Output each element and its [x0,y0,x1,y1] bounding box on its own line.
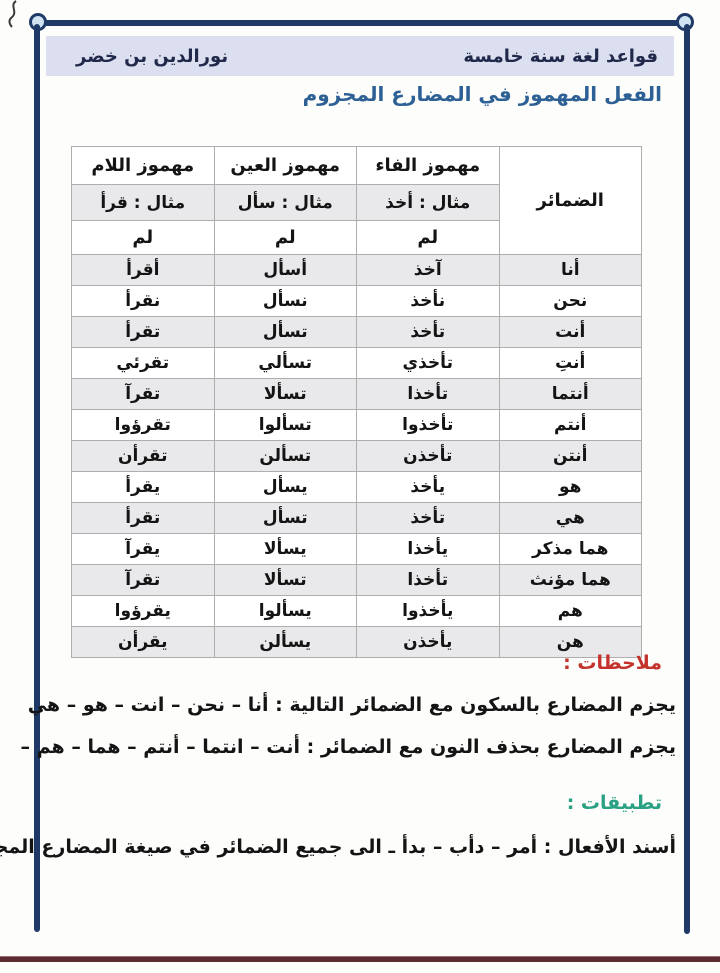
pronoun-cell: هم [499,596,642,627]
pronoun-cell: أنتِ [499,348,642,379]
ain-cell: تسألا [214,379,357,410]
notes-heading: ملاحظات : [563,652,662,674]
lam-cell: أقرأ [72,255,215,286]
ain-cell: يسألا [214,534,357,565]
particle-ain: لم [214,221,357,255]
lam-cell: يقرأ [72,472,215,503]
ain-cell: تسألي [214,348,357,379]
faa-cell: نأخذ [357,286,500,317]
pronoun-cell: هما مؤنث [499,565,642,596]
ain-cell: يسألوا [214,596,357,627]
table-row: هو يأخذ يسأل يقرأ [72,472,642,503]
faa-cell: تأخذا [357,565,500,596]
corner-squiggle-mark [6,0,22,28]
notes-line-2: يجزم المضارع بحذف النون مع الضمائر : أنت… [21,736,676,758]
ain-cell: تسأل [214,503,357,534]
col-header-faa: مهموز الفاء [357,147,500,185]
table-row: هن يأخذن يسألن يقرأن [72,627,642,658]
table-header-row: الضمائر مهموز الفاء مهموز العين مهموز ال… [72,147,642,185]
lam-cell: تقرآ [72,565,215,596]
table-row: أنتن تأخذن تسألن تقرأن [72,441,642,472]
example-lam: مثال : قرأ [72,185,215,221]
col-header-lam: مهموز اللام [72,147,215,185]
table-row: هما مذكر يأخذا يسألا يقرآ [72,534,642,565]
lam-cell: يقرؤوا [72,596,215,627]
col-header-ain: مهموز العين [214,147,357,185]
ain-cell: يسألن [214,627,357,658]
frame-left-border [34,24,40,932]
lam-cell: تقرئي [72,348,215,379]
lam-cell: تقرآ [72,379,215,410]
lam-cell: تقرأ [72,503,215,534]
conjugation-table: الضمائر مهموز الفاء مهموز العين مهموز ال… [71,146,642,658]
ain-cell: تسألوا [214,410,357,441]
page-title: الفعل المهموز في المضارع المجزوم [303,82,662,106]
ain-cell: تسألا [214,565,357,596]
pronoun-cell: أنتما [499,379,642,410]
pronoun-cell: أنتم [499,410,642,441]
faa-cell: يأخذوا [357,596,500,627]
table-row: هي تأخذ تسأل تقرأ [72,503,642,534]
pronoun-cell: أنا [499,255,642,286]
lam-cell: تقرؤوا [72,410,215,441]
faa-cell: يأخذن [357,627,500,658]
particle-faa: لم [357,221,500,255]
header-bar: نورالدين بن خضر قواعد لغة سنة خامسة [46,36,674,76]
notes-line-1: يجزم المضارع بالسكون مع الضمائر التالية … [28,694,676,716]
ain-cell: أسأل [214,255,357,286]
table-row: أنتم تأخذوا تسألوا تقرؤوا [72,410,642,441]
pronouns-header: الضمائر [499,147,642,255]
pronoun-cell: أنت [499,317,642,348]
author-name: نورالدين بن خضر [76,46,228,67]
applications-heading: تطبيقات : [567,792,662,814]
particle-lam: لم [72,221,215,255]
table-row: أنتِ تأخذي تسألي تقرئي [72,348,642,379]
frame-top-border [38,20,682,26]
applications-line: أسند الأفعال : أمر – دأب – بدأ ـ الى جمي… [0,836,676,858]
pronoun-cell: هو [499,472,642,503]
pronoun-cell: نحن [499,286,642,317]
table-row: هما مؤنث تأخذا تسألا تقرآ [72,565,642,596]
lam-cell: تقرأ [72,317,215,348]
table-row: أنتما تأخذا تسألا تقرآ [72,379,642,410]
table-row: أنا آخذ أسأل أقرأ [72,255,642,286]
pronoun-cell: هي [499,503,642,534]
faa-cell: تأخذي [357,348,500,379]
faa-cell: تأخذوا [357,410,500,441]
bottom-rule [0,956,720,962]
frame-right-border [684,24,690,934]
example-faa: مثال : أخذ [357,185,500,221]
lam-cell: يقرأن [72,627,215,658]
lam-cell: يقرآ [72,534,215,565]
table-row: هم يأخذوا يسألوا يقرؤوا [72,596,642,627]
table-row: نحن نأخذ نسأل نقرأ [72,286,642,317]
pronoun-cell: هما مذكر [499,534,642,565]
table-row: أنت تأخذ تسأل تقرأ [72,317,642,348]
lam-cell: نقرأ [72,286,215,317]
ain-cell: نسأل [214,286,357,317]
lam-cell: تقرأن [72,441,215,472]
faa-cell: تأخذا [357,379,500,410]
faa-cell: يأخذا [357,534,500,565]
example-ain: مثال : سأل [214,185,357,221]
course-label: قواعد لغة سنة خامسة [463,46,658,67]
ain-cell: تسألن [214,441,357,472]
ain-cell: يسأل [214,472,357,503]
ain-cell: تسأل [214,317,357,348]
faa-cell: تأخذ [357,503,500,534]
faa-cell: تأخذن [357,441,500,472]
faa-cell: آخذ [357,255,500,286]
faa-cell: يأخذ [357,472,500,503]
faa-cell: تأخذ [357,317,500,348]
pronoun-cell: أنتن [499,441,642,472]
